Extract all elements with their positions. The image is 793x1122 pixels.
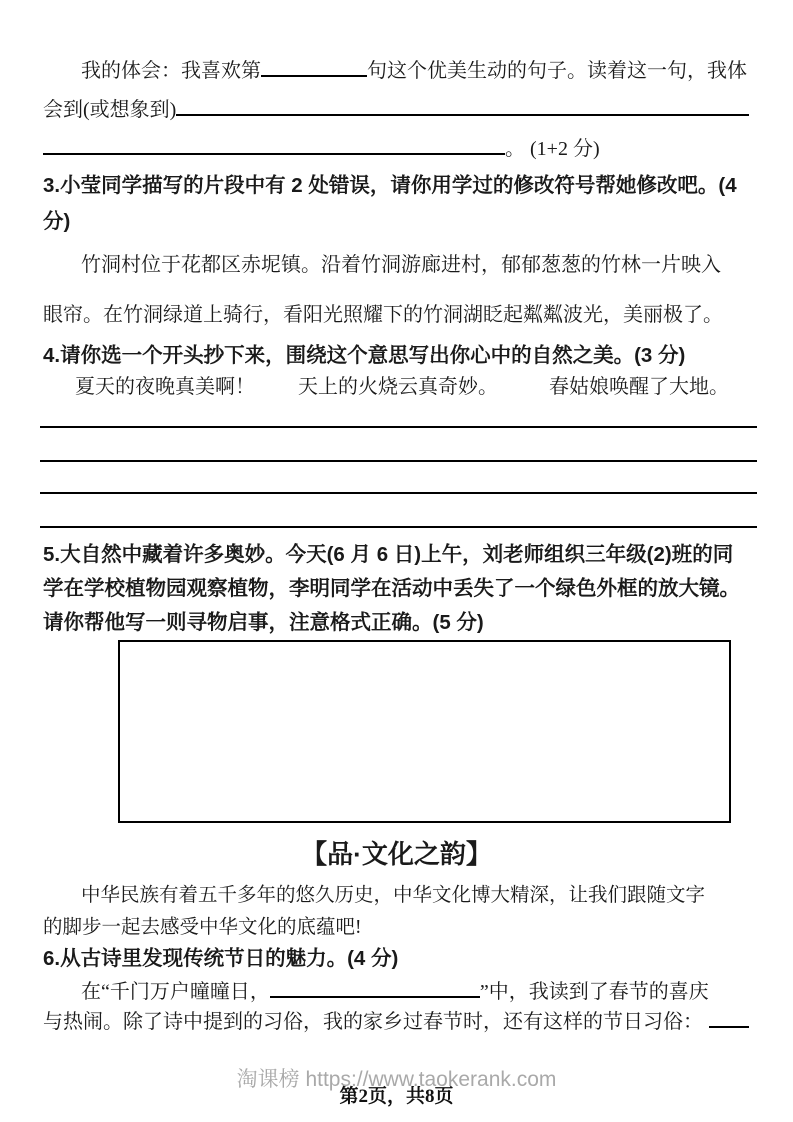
q6-blank-custom <box>709 1009 749 1028</box>
section-intro-line-1: 中华民族有着五千多年的悠久历史，中华文化博大精深，让我们跟随文字 <box>43 880 753 912</box>
q6-blank-poem-line <box>270 979 480 998</box>
question-4-title: 4.请你选一个开头抄下来，围绕这个意思写出你心中的自然之美。(3 分) <box>43 341 753 371</box>
section-intro: 中华民族有着五千多年的悠久历史，中华文化博大精深，让我们跟随文字 的脚步一起去感… <box>43 880 753 944</box>
question-2-response-block: 我的体会：我喜欢第句这个优美生动的句子。读着这一句，我体 会到(或想象到) 。 … <box>43 56 749 164</box>
exam-page: 我的体会：我喜欢第句这个优美生动的句子。读着这一句，我体 会到(或想象到) 。 … <box>0 0 793 1122</box>
question-3-passage: 竹洞村位于花都区赤坭镇。沿着竹洞游廊进村，郁郁葱葱的竹林一片映入 眼帘。在竹洞绿… <box>43 240 753 340</box>
section-intro-line-2: 的脚步一起去感受中华文化的底蕴吧! <box>43 912 753 944</box>
q3-title-line-2: 分) <box>43 204 753 240</box>
q3-passage-line-2: 眼帘。在竹洞绿道上骑行，看阳光照耀下的竹洞湖眨起粼粼波光，美丽极了。 <box>43 290 753 340</box>
question-6-title: 6.从古诗里发现传统节日的魅力。(4 分) <box>43 944 753 974</box>
q2-score-label: 。 (1+2 分) <box>505 138 600 160</box>
question-5-title: 5.大自然中藏着许多奥妙。今天(6 月 6 日)上午，刘老师组织三年级(2)班的… <box>43 538 755 640</box>
q6-line-1: 在“千门万户曈曈日，”中，我读到了春节的喜庆 <box>43 977 755 1007</box>
q2-line-3: 。 (1+2 分) <box>43 134 749 164</box>
q2-line-1: 我的体会：我喜欢第句这个优美生动的句子。读着这一句，我体 <box>43 56 749 86</box>
section-header-culture: 【品·文化之韵】 <box>0 838 793 870</box>
page-number: 第2页，共8页 <box>0 1081 793 1108</box>
q4-option-2: 天上的火烧云真奇妙。 <box>298 376 498 398</box>
q2-line1-text-post: 句这个优美生动的句子。读着这一句，我体 <box>367 60 747 82</box>
q2-blank-answer-line-1 <box>176 97 749 116</box>
q4-answer-line-1 <box>40 426 757 428</box>
q4-option-3: 春姑娘唤醒了大地。 <box>549 376 729 398</box>
question-6-body: 在“千门万户曈曈日，”中，我读到了春节的喜庆 与热闹。除了诗中提到的习俗，我的家… <box>43 977 755 1037</box>
question-3-title: 3.小莹同学描写的片段中有 2 处错误，请你用学过的修改符号帮她修改吧。(4 分… <box>43 168 753 240</box>
q2-blank-answer-line-2 <box>43 136 505 155</box>
q4-answer-line-3 <box>40 492 757 494</box>
q5-title-line-2: 学在学校植物园观察植物，李明同学在活动中丢失了一个绿色外框的放大镜。 <box>43 572 755 606</box>
q3-title-line-1: 3.小莹同学描写的片段中有 2 处错误，请你用学过的修改符号帮她修改吧。(4 <box>43 168 753 204</box>
q4-answer-line-4 <box>40 526 757 528</box>
q3-passage-line-1: 竹洞村位于花都区赤坭镇。沿着竹洞游廊进村，郁郁葱葱的竹林一片映入 <box>43 240 753 290</box>
q4-answer-line-2 <box>40 460 757 462</box>
q2-line-2: 会到(或想象到) <box>43 95 749 125</box>
q6-line-2: 与热闹。除了诗中提到的习俗，我的家乡过春节时，还有这样的节日习俗： <box>43 1007 755 1037</box>
q5-title-line-1: 5.大自然中藏着许多奥妙。今天(6 月 6 日)上午，刘老师组织三年级(2)班的… <box>43 538 755 572</box>
q5-title-line-3: 请你帮他写一则寻物启事，注意格式正确。(5 分) <box>43 606 755 640</box>
q6-line1-text-pre: 在“千门万户曈曈日， <box>81 981 270 1003</box>
q4-option-1: 夏天的夜晚真美啊！ <box>75 376 255 398</box>
q2-line1-text-pre: 我的体会：我喜欢第 <box>81 60 261 82</box>
q2-blank-sentence-number <box>261 58 367 77</box>
question-4-options: 夏天的夜晚真美啊！ 天上的火烧云真奇妙。 春姑娘唤醒了大地。 <box>43 373 753 401</box>
q6-line1-text-post: ”中，我读到了春节的喜庆 <box>480 981 709 1003</box>
q5-answer-box <box>118 640 731 823</box>
q2-line2-text: 会到(或想象到) <box>43 95 176 125</box>
q6-line2-text: 与热闹。除了诗中提到的习俗，我的家乡过春节时，还有这样的节日习俗： <box>43 1011 703 1033</box>
